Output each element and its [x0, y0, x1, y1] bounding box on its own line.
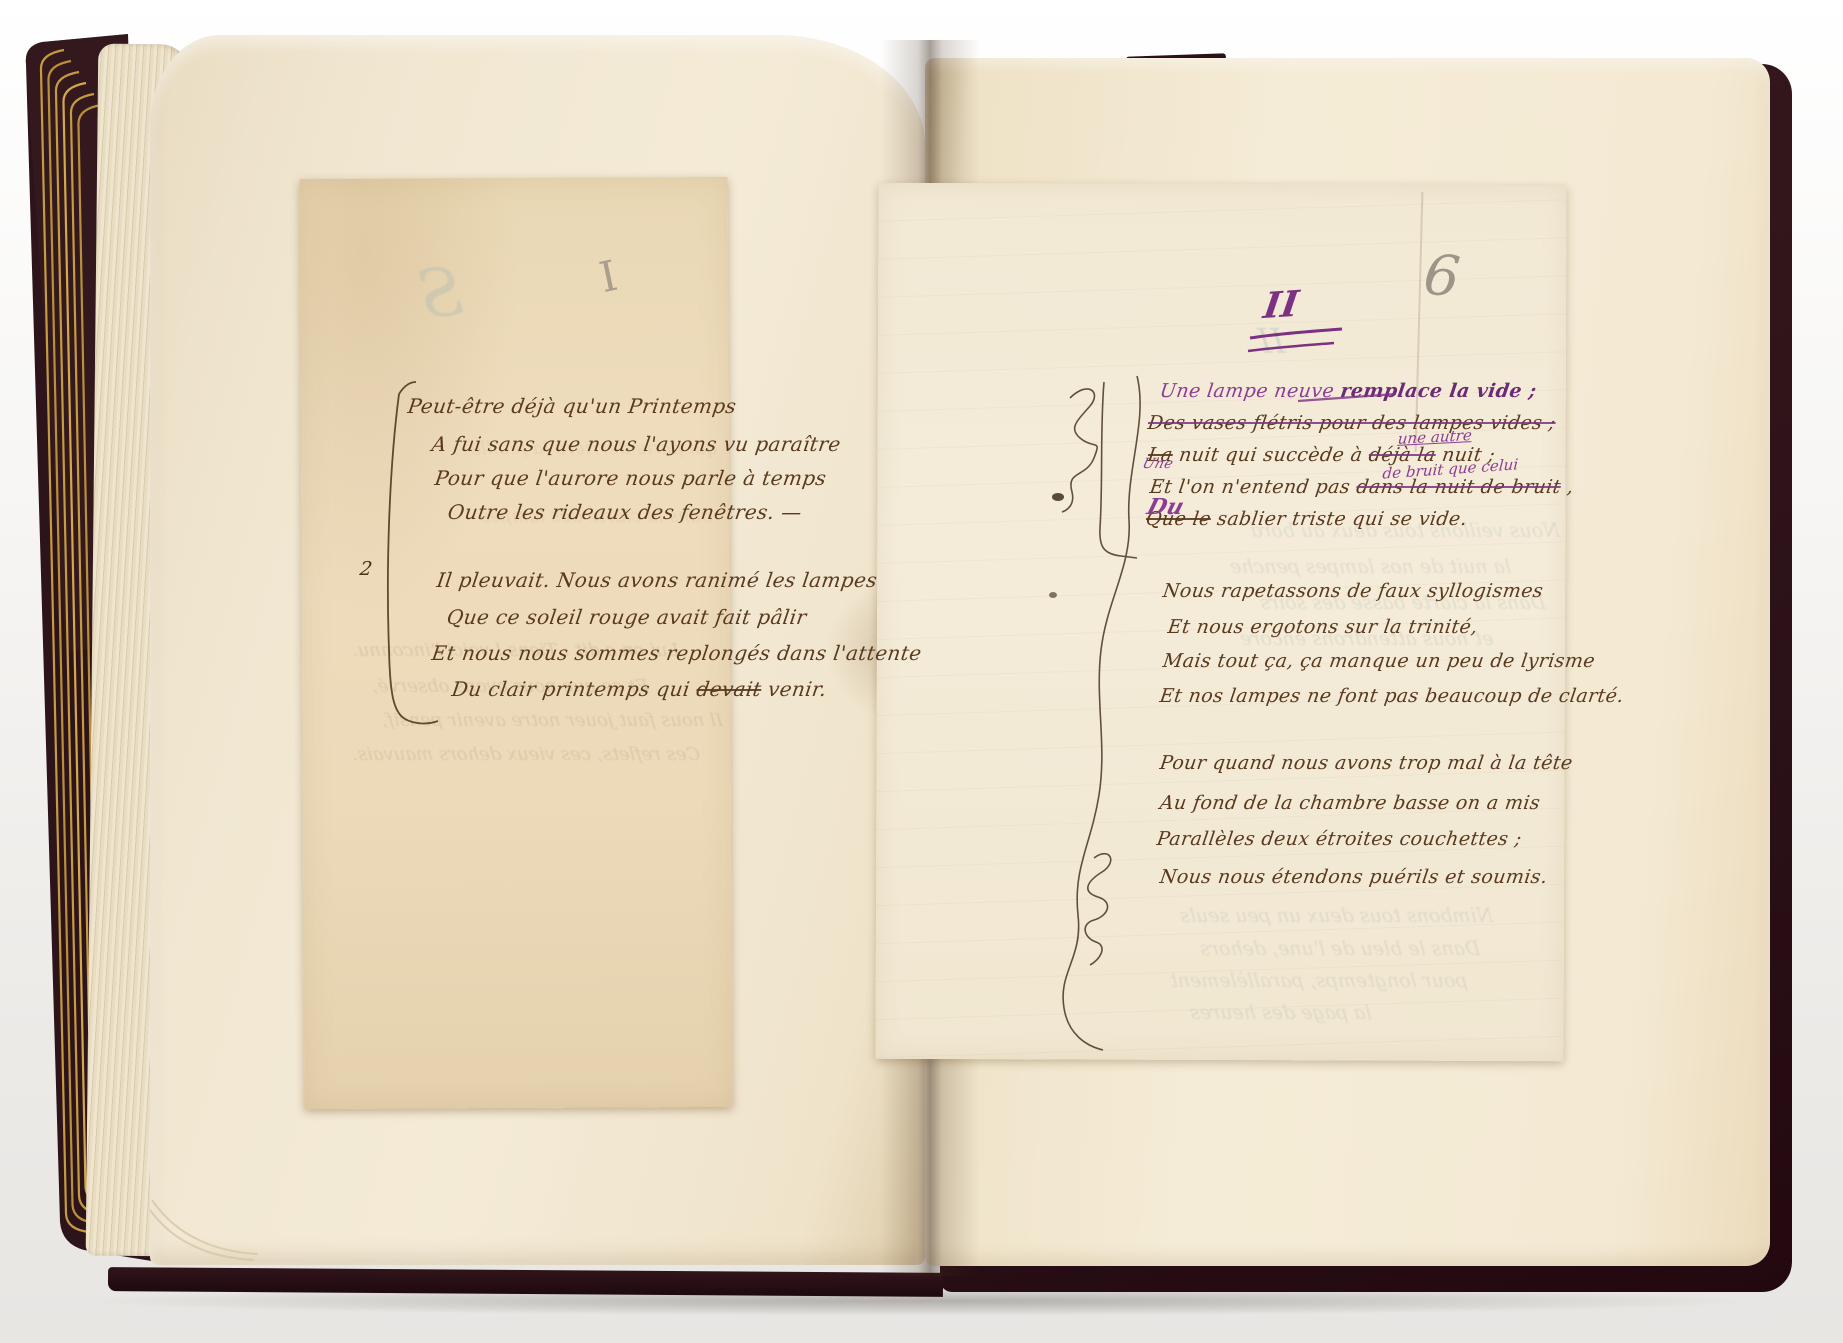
verse-line: Peut-être déjà qu'un Printemps — [406, 394, 738, 418]
ghost-line: dans la clarté des lampes — [479, 506, 713, 527]
ghost-line: qui parle derrière la feuille — [469, 438, 719, 459]
ghost-line: Dans le bleu de l'une, dehors — [1199, 938, 1481, 960]
ghost-line: Ces reflets, ces vieux dehors mauvais. — [351, 744, 701, 765]
verse-line: Mais tout ça, ça manque un peu de lyrism… — [1161, 650, 1596, 672]
ghost-numeral: II — [1256, 322, 1287, 362]
struck-line: Des vases flétris pour des lampes vides … — [1146, 412, 1557, 434]
section-numeral: II — [1261, 283, 1302, 327]
verse-line: Et l'on n'entend pas dans la nuit de bru… — [1148, 476, 1575, 498]
ghost-initial: S — [414, 253, 467, 334]
correction-word: Du — [1144, 494, 1187, 520]
verse-line: Nous nous étendons puérils et soumis. — [1158, 866, 1549, 888]
ghost-line: Et ce que nous avons observé, — [371, 676, 650, 697]
verse-line: Des vases flétris pour des lampes vides … — [1146, 412, 1557, 434]
ghost-line: Nimbons tous deux un peu seuls — [1179, 905, 1494, 927]
verse-segment-purple: Une lampe neuve — [1158, 380, 1342, 402]
page-number-pencil: 6 — [1421, 242, 1463, 310]
ghost-line: Nous veillons tous deux au bord — [1249, 520, 1561, 542]
ghost-line: Il nous faut jouer notre avenir pensif, — [381, 710, 724, 731]
verse-line: Il pleuvait. Nous avons ranimé les lampe… — [435, 568, 878, 592]
verse-segment: venir. — [760, 677, 829, 701]
verse-line: Au fond de la chambre basse on a mis — [1158, 792, 1541, 814]
ghost-line: et nous attendrons encore — [1239, 628, 1495, 650]
ghost-line: la nuit de nos lampes penche — [1229, 556, 1512, 578]
verse-line: Pour que l'aurore nous parle à temps — [433, 466, 828, 490]
verse-line: Que ce soleil rouge avait fait pâlir — [445, 605, 808, 629]
correction-word: Une — [1140, 456, 1175, 472]
ghost-line: Lui on a dit : Tiens ! voici l'inconnu. — [351, 640, 681, 661]
ghost-line: la page des heures — [1189, 1002, 1373, 1024]
verse-line: Une lampe neuve remplace la vide ; — [1158, 380, 1538, 402]
struck-word: devait — [695, 677, 763, 701]
verse-line: Parallèles deux étroites couchettes ; — [1155, 828, 1523, 850]
ghost-line: pour longtemps, parallèlement — [1169, 970, 1469, 992]
verse-segment: nuit qui succède à — [1171, 444, 1370, 466]
verse-segment-purple: la vide ; — [1441, 380, 1538, 402]
verse-line: Pour quand nous avons trop mal à la tête — [1158, 752, 1574, 774]
overwritten-word: remplace — [1339, 380, 1444, 402]
margin-number: 2 — [358, 558, 374, 580]
verse-line: Et nos lampes ne font pas beaucoup de cl… — [1158, 685, 1625, 707]
ghost-line: Dans la clarté basse des soirs — [1259, 592, 1547, 614]
